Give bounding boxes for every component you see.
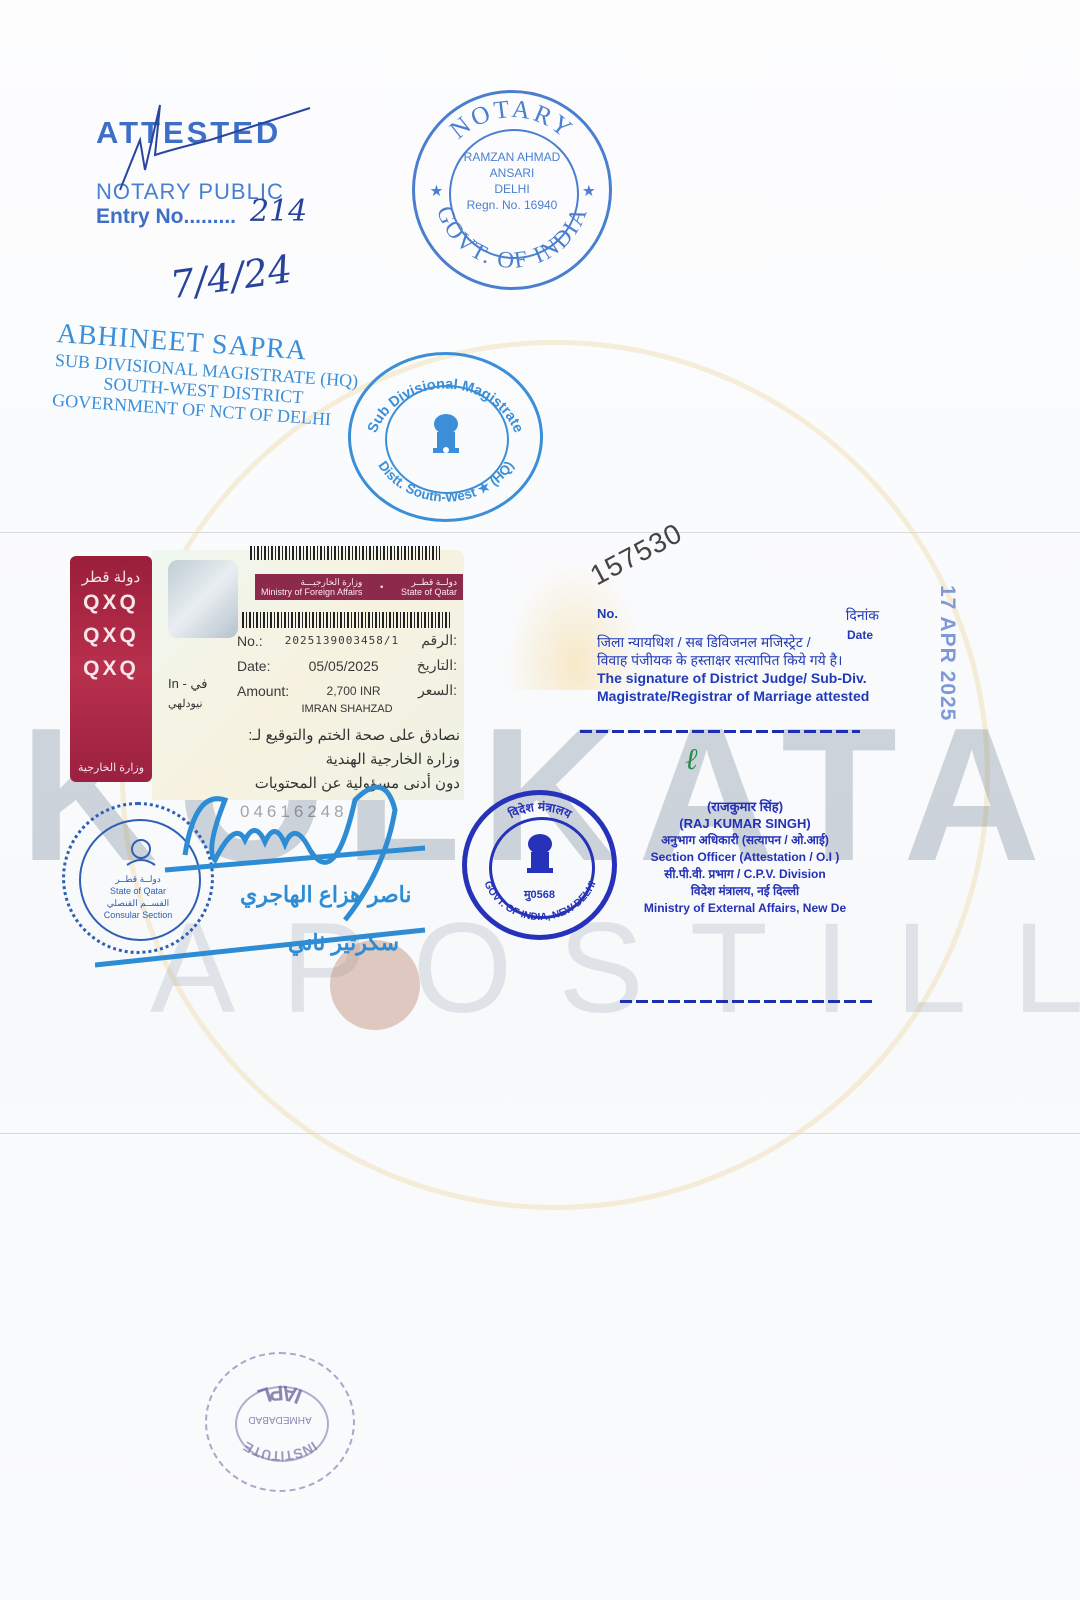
- mea-text-en-2: Magistrate/Registrar of Marriage atteste…: [597, 687, 887, 705]
- qatar-sticker-side-panel: دولة قطر QXQ QXQ QXQ وزارة الخارجية: [70, 556, 152, 782]
- state-en: State of Qatar: [401, 587, 457, 597]
- hologram-icon: [168, 560, 238, 638]
- officer-title-hi: अनुभाग अधिकारी (सत्यापन / ओ.आई): [625, 832, 865, 849]
- field-date: Date: 05/05/2025 التاريخ:: [237, 653, 457, 678]
- state-ar: دولــة قطــر: [401, 577, 457, 587]
- mea-seal-code: मु0568: [467, 887, 612, 902]
- notary-seal: NOTARY GOVT. OF INDIA ★ ★ RAMZAN AHMAD A…: [412, 90, 612, 290]
- signatory-title-ar: سكرتير ثاني: [288, 930, 399, 956]
- mea-attestation-stamp: No. दिनांक Date जिला न्यायधिश / सब डिविज…: [597, 606, 887, 705]
- ashoka-emblem-icon: [522, 832, 558, 882]
- officer-ministry-hi: विदेश मंत्रालय, नई दिल्ली: [625, 883, 865, 900]
- notary-name-1: RAMZAN AHMAD: [415, 149, 609, 165]
- signatory-name-ar: ناصر هزاع الهاجري: [240, 882, 411, 908]
- mea-text-hi-1: जिला न्यायधिश / सब डिविजनल मजिस्ट्रेट /: [597, 633, 887, 651]
- officer-division: सी.पी.वी. प्रभाग / C.P.V. Division: [625, 866, 865, 883]
- mea-officer-stamp: (राजकुमार सिंह) (RAJ KUMAR SINGH) अनुभाग…: [625, 798, 865, 917]
- header-dot: •: [380, 582, 383, 592]
- notary-name-2: ANSARI: [415, 165, 609, 181]
- mea-officer-signature: ℓ: [685, 742, 698, 777]
- mea-dinank: दिनांक: [846, 606, 879, 625]
- mea-text-hi-2: विवाह पंजीयक के हस्ताक्षर सत्यापित किये …: [597, 651, 887, 669]
- mea-date-stamp: 17 APR 2025: [935, 585, 959, 721]
- iapl-seal: IAPL INSTITUTE AHMEDABAD: [205, 1352, 355, 1492]
- mea-no-label: No.: [597, 606, 887, 621]
- field-number: No.: 2025139003458/1 الرقم:: [237, 628, 457, 653]
- iapl-seal-center: AHMEDABAD: [207, 1414, 353, 1425]
- location-ar: نيودلهي: [168, 697, 203, 710]
- mofa-en: Ministry of Foreign Affairs: [261, 587, 362, 597]
- side-code-2: QXQ: [70, 619, 152, 652]
- attestation-number: 2025139003458/1: [285, 634, 399, 647]
- field-amount: Amount: 2,700 INR السعر:: [237, 678, 457, 703]
- sdm-round-seal: Sub Divisional Magistrate Distt. South-W…: [348, 352, 543, 522]
- officer-ministry-en: Ministry of External Affairs, New De: [625, 900, 865, 917]
- attestation-date: 05/05/2025: [309, 658, 379, 674]
- location-en: In - في: [168, 676, 207, 692]
- notary-signature-icon: [100, 100, 330, 200]
- mofa-ar: وزارة الخارجيـــة: [261, 577, 362, 587]
- ashoka-emblem-icon: [428, 412, 464, 462]
- applicant-name: IMRAN SHAHZAD: [237, 703, 457, 715]
- qatar-text-ar-1: نصادق على صحة الختم والتوقيع لـ:: [230, 726, 460, 744]
- side-state-ar: دولة قطر: [70, 568, 152, 586]
- officer-name-en: (RAJ KUMAR SINGH): [625, 815, 865, 832]
- qatar-sticker-fields: No.: 2025139003458/1 الرقم: Date: 05/05/…: [237, 628, 457, 703]
- notary-city: DELHI: [415, 181, 609, 197]
- mea-round-seal: विदेश मंत्रालय GOVT. OF INDIA, NEW DELHI…: [462, 790, 617, 940]
- mea-date-label: Date: [847, 628, 873, 642]
- divider: [620, 1000, 875, 1003]
- officer-name-hi: (राजकुमार सिंह): [625, 798, 865, 815]
- attestation-amount: 2,700 INR: [327, 684, 381, 698]
- mea-text-en-1: The signature of District Judge/ Sub-Div…: [597, 669, 887, 687]
- notary-seal-center: RAMZAN AHMAD ANSARI DELHI Regn. No. 1694…: [415, 149, 609, 213]
- notary-registration: Regn. No. 16940: [415, 197, 609, 213]
- barcode-icon: [242, 612, 452, 628]
- divider: [580, 730, 860, 733]
- side-code-3: QXQ: [70, 652, 152, 685]
- barcode-top-icon: [250, 546, 440, 560]
- side-code-1: QXQ: [70, 586, 152, 619]
- qatar-sticker-header: وزارة الخارجيـــة Ministry of Foreign Af…: [255, 574, 463, 600]
- officer-title-en: Section Officer (Attestation / O.I ): [625, 849, 865, 866]
